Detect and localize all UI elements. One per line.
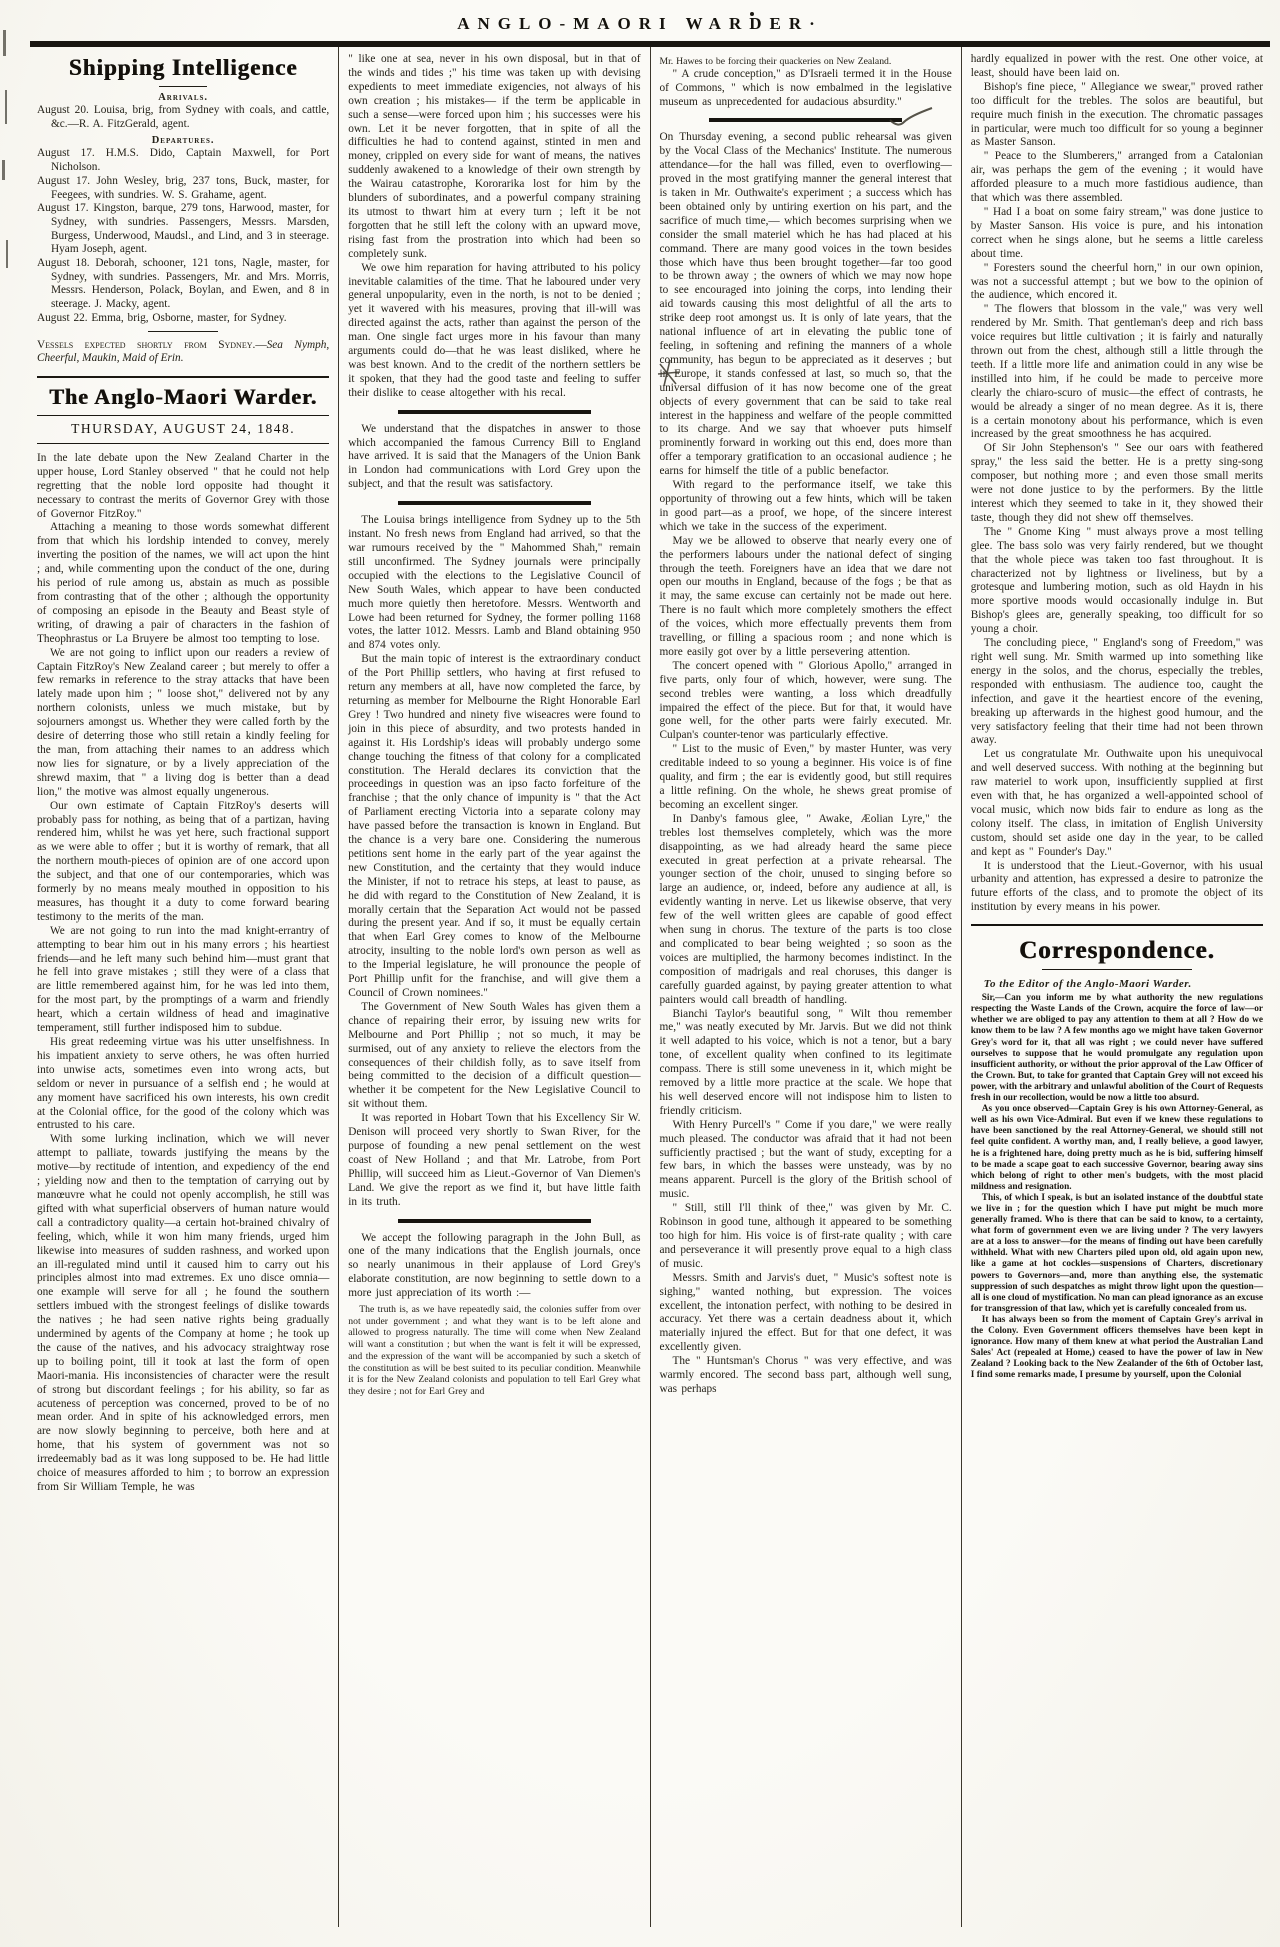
editorial-paragraph: His great redeeming virtue was his utter… [37,1036,329,1133]
arrival-entry: August 20. Louisa, brig, from Sydney wit… [37,104,329,131]
concert-review-paragraph: Bishop's fine piece, " Allegiance we swe… [971,81,1263,151]
letter-paragraph: This, of which I speak, is but an isolat… [971,1193,1263,1315]
letter-paragraph: Sir,—Can you inform me by what authority… [971,993,1263,1104]
scan-edge-artifact [6,240,8,268]
concert-review-paragraph: The " Gnome King " must always prove a m… [971,526,1263,637]
departures-label: Departures. [37,135,329,146]
concert-review-paragraph: The concert opened with " Glorious Apoll… [660,660,952,743]
concert-review-paragraph: " The flowers that blossom in the vale,"… [971,303,1263,442]
letter-to-editor: Sir,—Can you inform me by what authority… [971,993,1263,1381]
scan-edge-artifact [3,30,6,56]
letter-paragraph: As you once observed—Captain Grey is his… [971,1104,1263,1193]
news-paragraph: We accept the following paragraph in the… [348,1232,640,1302]
article-divider-rule [709,118,902,122]
paper-name: The Anglo-Maori Warder. [37,384,329,410]
departure-entry: August 17. Kingston, barque, 279 tons, H… [37,202,329,257]
shipping-intelligence-heading: Shipping Intelligence [37,55,329,81]
concert-review-paragraph: " Had I a boat on some fairy stream," wa… [971,206,1263,262]
editorial-paragraph: We are not going to inflict upon our rea… [37,647,329,800]
letter-salutation: To the Editor of the Anglo-Maori Warder. [971,978,1263,990]
expected-vessels-label: Vessels expected shortly from Sydney.— [37,339,267,351]
concert-review-paragraph: Bianchi Taylor's beautiful song, " Wilt … [660,1008,952,1119]
news-paragraph: The Louisa brings intelligence from Sydn… [348,514,640,653]
concert-review-paragraph: With regard to the performance itself, w… [660,479,952,535]
editorial-paragraph: With some lurking inclination, which we … [37,1133,329,1495]
departure-entry: August 17. John Wesley, brig, 237 tons, … [37,175,329,202]
concert-review-paragraph: " Still, still I'll think of thee," was … [660,1202,952,1272]
correspondence-heading: Correspondence. [971,937,1263,965]
editorial-paragraph: We are not going to run into the mad kni… [37,925,329,1036]
column-1: Shipping Intelligence Arrivals. August 2… [28,47,338,1927]
column-3: Mr. Hawes to be forcing their quackeries… [650,47,961,1927]
issue-date: THURSDAY, AUGUST 24, 1848. [37,421,329,437]
concert-review-paragraph: The " Huntsman's Chorus " was very effec… [660,1355,952,1397]
editorial-paragraph: We owe him reparation for having attribu… [348,262,640,401]
letter-paragraph: It has always been so from the moment of… [971,1315,1263,1382]
scan-dot-artifact [750,12,754,16]
concert-review-paragraph: The concluding piece, " England's song o… [971,637,1263,748]
editorial-paragraph: In the late debate upon the New Zealand … [37,452,329,522]
john-bull-quote: The truth is, as we have repeatedly said… [348,1304,640,1398]
column-4: hardly equalized in power with the rest.… [961,47,1272,1927]
concert-review-paragraph: " Peace to the Slumberers," arranged fro… [971,150,1263,206]
article-divider-rule [398,410,591,414]
masthead-rule [37,443,329,444]
news-paragraph: The Government of New South Wales has gi… [348,1001,640,1112]
section-rule [148,331,218,332]
departure-entry: August 22. Emma, brig, Osborne, master, … [37,312,329,326]
column-layout: Shipping Intelligence Arrivals. August 2… [28,47,1272,1927]
correspondence-section-rule [971,924,1263,926]
news-paragraph: It was reported in Hobart Town that his … [348,1112,640,1209]
news-paragraph: We understand that the dispatches in ans… [348,423,640,493]
concert-review-paragraph: Let us congratulate Mr. Outhwaite upon h… [971,748,1263,859]
scan-edge-artifact [5,90,7,124]
concert-review-paragraph: It is understood that the Lieut.-Governo… [971,860,1263,916]
concert-review-paragraph: May we be allowed to observe that nearly… [660,535,952,660]
masthead-rule [37,415,329,416]
concert-review-paragraph: Of Sir John Stephenson's " See our oars … [971,442,1263,525]
scan-edge-artifact [2,160,5,180]
editorial-paragraph: Attaching a meaning to those words somew… [37,521,329,646]
expected-vessels: Vessels expected shortly from Sydney.—Se… [37,339,329,366]
concert-review-paragraph: " Foresters sound the cheerful horn," in… [971,262,1263,304]
article-divider-rule [398,501,591,505]
concert-review-paragraph: Messrs. Smith and Jarvis's duet, " Music… [660,1272,952,1355]
column-2: " like one at sea, never in his own disp… [338,47,649,1927]
concert-review-paragraph: " List to the music of Even," by master … [660,743,952,813]
concert-review-paragraph: On Thursday evening, a second public reh… [660,131,952,479]
paper-masthead: The Anglo-Maori Warder. THURSDAY, AUGUST… [37,376,329,444]
departure-entry: August 18. Deborah, schooner, 121 tons, … [37,257,329,312]
newspaper-page: ANGLO-MAORI WARDER· Shipping Intelligenc… [0,0,1280,1947]
concert-review-paragraph: In Danby's famous glee, " Awake, Æolian … [660,813,952,1008]
masthead-rule [37,376,329,378]
article-divider-rule [398,1219,591,1223]
editorial-paragraph-continued: " like one at sea, never in his own disp… [348,53,640,262]
page-title: ANGLO-MAORI WARDER· [0,0,1280,34]
concert-review-paragraph-continued: hardly equalized in power with the rest.… [971,53,1263,81]
arrivals-label: Arrivals. [37,92,329,103]
concert-review-paragraph: With Henry Purcell's " Come if you dare,… [660,1119,952,1202]
editorial-paragraph: Our own estimate of Captain FitzRoy's de… [37,800,329,925]
heading-rule [159,86,207,87]
john-bull-quote-continued: Mr. Hawes to be forcing their quackeries… [660,56,952,68]
departure-entry: August 17. H.M.S. Dido, Captain Maxwell,… [37,147,329,174]
pen-cross-mark [656,358,682,388]
correspondence-heading-rule [1042,969,1192,970]
news-paragraph: But the main topic of interest is the ex… [348,653,640,1001]
pen-check-mark [888,104,934,130]
